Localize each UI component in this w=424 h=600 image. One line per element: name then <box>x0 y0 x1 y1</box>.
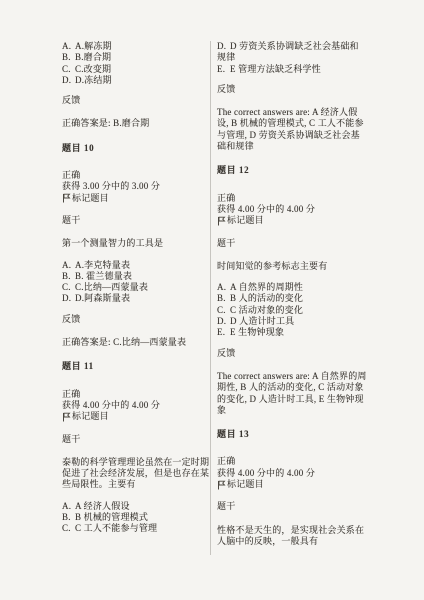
q11-feedback-text: The correct answers are: A 经济人假设, B 机械的管… <box>217 107 367 152</box>
question-11-info: 正确 获得 4.00 分中的 4.00 分 标记题目 <box>62 389 210 423</box>
score-text: 获得 4.00 分中的 4.00 分 <box>217 204 367 215</box>
option-text: B.磨合期 <box>75 52 111 62</box>
question-11-title: 题目 11 <box>62 361 210 372</box>
answer-option: C.C 工人不能参与管理 <box>62 523 210 534</box>
score-text: 获得 4.00 分中的 4.00 分 <box>217 468 367 479</box>
quiz-review-page: A.A.解冻期 B.B.磨合期 C.C.改变期 D.D.冻结期 反馈 正确答案是… <box>0 0 424 600</box>
flag-icon <box>62 412 71 422</box>
option-text: C 活动对象的变化 <box>230 305 303 315</box>
flag-icon <box>217 480 226 490</box>
option-text: C 工人不能参与管理 <box>75 523 157 533</box>
answer-option: D.D 人造计时工具 <box>217 316 367 327</box>
question-12-stem: 时间知觉的参考标志主要有 <box>217 261 367 272</box>
q12-options: A.A 自然界的周期性 B.B 人的活动的变化 C.C 活动对象的变化 D.D … <box>217 282 367 338</box>
question-10-info: 正确 获得 3.00 分中的 3.00 分 标记题目 <box>62 170 210 204</box>
feedback-label: 反馈 <box>62 95 210 106</box>
stem-label: 题干 <box>62 215 210 226</box>
feedback-label: 反馈 <box>217 348 367 359</box>
flag-label: 标记题目 <box>227 479 264 490</box>
answer-option: E.E 管理方法缺乏科学性 <box>217 64 367 75</box>
option-marker: D. <box>62 293 75 304</box>
flag-icon <box>62 193 71 203</box>
answer-option: D.D.冻结期 <box>62 75 210 86</box>
option-marker: C. <box>62 282 75 293</box>
option-text: D.冻结期 <box>75 75 112 85</box>
stem-label: 题干 <box>62 434 210 445</box>
option-text: E 管理方法缺乏科学性 <box>230 64 321 74</box>
answer-option: B.B 机械的管理模式 <box>62 512 210 523</box>
question-12-info: 正确 获得 4.00 分中的 4.00 分 标记题目 <box>217 193 367 227</box>
question-10-title: 题目 10 <box>62 143 210 154</box>
option-text: D 劳资关系协调缺乏社会基础和规律 <box>217 41 359 62</box>
option-text: E 生物钟现象 <box>230 327 284 337</box>
flag-label: 标记题目 <box>227 215 264 226</box>
left-column: A.A.解冻期 B.B.磨合期 C.C.改变期 D.D.冻结期 反馈 正确答案是… <box>62 41 210 557</box>
answer-option: E.E 生物钟现象 <box>217 327 367 338</box>
q11-options-left: A.A 经济人假设 B.B 机械的管理模式 C.C 工人不能参与管理 <box>62 501 210 535</box>
flag-label: 标记题目 <box>72 411 109 422</box>
option-marker: C. <box>217 305 230 316</box>
option-marker: D. <box>217 41 230 52</box>
option-marker: B. <box>62 512 75 523</box>
q9-feedback-text: 正确答案是: B.磨合期 <box>62 118 210 129</box>
status-correct: 正确 <box>62 170 210 181</box>
option-text: A.李克特量表 <box>75 260 130 270</box>
option-text: C.比纳—西蒙量表 <box>75 282 148 292</box>
question-11-stem: 泰勒的科学管理理论虽然在一定时期促进了社会经济发展，但是也存在某些局限性。主要有 <box>62 457 210 491</box>
question-13-info: 正确 获得 4.00 分中的 4.00 分 标记题目 <box>217 456 367 490</box>
q10-feedback-text: 正确答案是: C.比纳—西蒙量表 <box>62 337 210 348</box>
status-correct: 正确 <box>62 389 210 400</box>
answer-option: A.A 自然界的周期性 <box>217 282 367 293</box>
option-marker: A. <box>62 41 75 52</box>
answer-option: A.A 经济人假设 <box>62 501 210 512</box>
feedback-label: 反馈 <box>217 84 367 95</box>
stem-label: 题干 <box>217 501 367 512</box>
q11-options-right: D.D 劳资关系协调缺乏社会基础和规律 E.E 管理方法缺乏科学性 <box>217 41 367 75</box>
flag-question-link[interactable]: 标记题目 <box>217 479 367 490</box>
answer-option: D.D 劳资关系协调缺乏社会基础和规律 <box>217 41 367 64</box>
answer-option: A.A.解冻期 <box>62 41 210 52</box>
option-marker: D. <box>62 75 75 86</box>
option-text: C.改变期 <box>75 64 111 74</box>
q12-feedback-text: The correct answers are: A 自然界的周期性, B 人的… <box>217 371 367 416</box>
option-text: B 机械的管理模式 <box>75 512 148 522</box>
option-marker: D. <box>217 316 230 327</box>
option-marker: B. <box>217 293 230 304</box>
stem-label: 题干 <box>217 238 367 249</box>
question-13-stem: 性格不是天生的，是实现社会关系在人脑中的反映，一般具有 <box>217 525 367 548</box>
right-column: D.D 劳资关系协调缺乏社会基础和规律 E.E 管理方法缺乏科学性 反馈 The… <box>217 41 367 557</box>
flag-icon <box>217 216 226 226</box>
question-12-title: 题目 12 <box>217 165 367 176</box>
answer-option: B.B. 霍兰德量表 <box>62 271 210 282</box>
answer-option: B.B 人的活动的变化 <box>217 293 367 304</box>
option-marker: C. <box>62 523 75 534</box>
q9-options: A.A.解冻期 B.B.磨合期 C.C.改变期 D.D.冻结期 <box>62 41 210 86</box>
status-correct: 正确 <box>217 193 367 204</box>
answer-option: C.C.改变期 <box>62 64 210 75</box>
option-text: D.阿森斯量表 <box>75 293 130 303</box>
option-marker: B. <box>62 271 75 282</box>
option-marker: A. <box>62 260 75 271</box>
option-marker: A. <box>62 501 75 512</box>
answer-option: A.A.李克特量表 <box>62 260 210 271</box>
option-marker: C. <box>62 64 75 75</box>
status-correct: 正确 <box>217 456 367 467</box>
answer-option: B.B.磨合期 <box>62 52 210 63</box>
answer-option: C.C 活动对象的变化 <box>217 305 367 316</box>
question-10-stem: 第一个测量智力的工具是 <box>62 238 210 249</box>
flag-label: 标记题目 <box>72 193 109 204</box>
score-text: 获得 3.00 分中的 3.00 分 <box>62 181 210 192</box>
two-column-layout: A.A.解冻期 B.B.磨合期 C.C.改变期 D.D.冻结期 反馈 正确答案是… <box>0 0 424 557</box>
option-marker: A. <box>217 282 230 293</box>
flag-question-link[interactable]: 标记题目 <box>217 215 367 226</box>
column-divider <box>210 41 211 555</box>
feedback-label: 反馈 <box>62 314 210 325</box>
option-marker: E. <box>217 327 230 338</box>
option-text: A 经济人假设 <box>75 501 130 511</box>
answer-option: C.C.比纳—西蒙量表 <box>62 282 210 293</box>
option-text: B 人的活动的变化 <box>230 293 303 303</box>
q10-options: A.A.李克特量表 B.B. 霍兰德量表 C.C.比纳—西蒙量表 D.D.阿森斯… <box>62 260 210 305</box>
option-marker: B. <box>62 52 75 63</box>
option-text: B. 霍兰德量表 <box>75 271 132 281</box>
option-marker: E. <box>217 64 230 75</box>
question-13-title: 题目 13 <box>217 429 367 440</box>
flag-question-link[interactable]: 标记题目 <box>62 193 210 204</box>
option-text: A 自然界的周期性 <box>230 282 303 292</box>
option-text: D 人造计时工具 <box>230 316 294 326</box>
flag-question-link[interactable]: 标记题目 <box>62 411 210 422</box>
answer-option: D.D.阿森斯量表 <box>62 293 210 304</box>
score-text: 获得 4.00 分中的 4.00 分 <box>62 400 210 411</box>
option-text: A.解冻期 <box>75 41 112 51</box>
